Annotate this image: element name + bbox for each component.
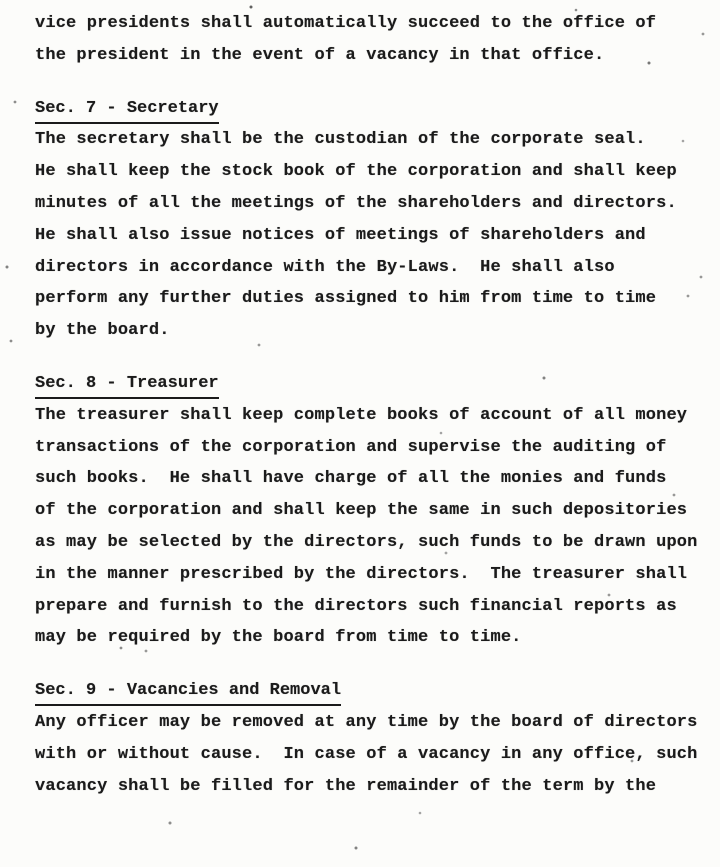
section-treasurer: Sec. 8 - Treasurer The treasurer shall k… bbox=[35, 368, 692, 654]
section-paragraph: The secretary shall be the custodian of … bbox=[35, 124, 692, 347]
text-line: in the manner prescribed by the director… bbox=[35, 559, 692, 591]
section-heading: Sec. 9 - Vacancies and Removal bbox=[35, 675, 692, 707]
section-paragraph: The treasurer shall keep complete books … bbox=[35, 400, 692, 654]
section-paragraph: Any officer may be removed at any time b… bbox=[35, 707, 692, 802]
text-line: prepare and furnish to the directors suc… bbox=[35, 591, 692, 623]
section-heading-text: Sec. 9 - Vacancies and Removal bbox=[35, 679, 341, 706]
text-line: as may be selected by the directors, suc… bbox=[35, 527, 692, 559]
section-heading-text: Sec. 8 - Treasurer bbox=[35, 372, 219, 399]
text-line: may be required by the board from time t… bbox=[35, 622, 692, 654]
text-line: vice presidents shall automatically succ… bbox=[35, 8, 692, 40]
text-line: the president in the event of a vacancy … bbox=[35, 40, 692, 72]
document-page: vice presidents shall automatically succ… bbox=[0, 0, 720, 867]
scan-speckles bbox=[0, 0, 2, 2]
text-line: He shall also issue notices of meetings … bbox=[35, 220, 692, 252]
section-heading-text: Sec. 7 - Secretary bbox=[35, 97, 219, 124]
text-line: transactions of the corporation and supe… bbox=[35, 432, 692, 464]
section-heading: Sec. 8 - Treasurer bbox=[35, 368, 692, 400]
text-line: The secretary shall be the custodian of … bbox=[35, 124, 692, 156]
section-vacancies-removal: Sec. 9 - Vacancies and Removal Any offic… bbox=[35, 675, 692, 802]
text-line: of the corporation and shall keep the sa… bbox=[35, 495, 692, 527]
text-line: perform any further duties assigned to h… bbox=[35, 283, 692, 315]
intro-paragraph: vice presidents shall automatically succ… bbox=[35, 8, 692, 72]
text-line: vacancy shall be filled for the remainde… bbox=[35, 771, 692, 803]
section-heading: Sec. 7 - Secretary bbox=[35, 93, 692, 125]
section-secretary: Sec. 7 - Secretary The secretary shall b… bbox=[35, 93, 692, 347]
text-line: minutes of all the meetings of the share… bbox=[35, 188, 692, 220]
text-line: Any officer may be removed at any time b… bbox=[35, 707, 692, 739]
text-line: The treasurer shall keep complete books … bbox=[35, 400, 692, 432]
text-line: He shall keep the stock book of the corp… bbox=[35, 156, 692, 188]
text-line: with or without cause. In case of a vaca… bbox=[35, 739, 692, 771]
text-line: by the board. bbox=[35, 315, 692, 347]
text-line: directors in accordance with the By-Laws… bbox=[35, 252, 692, 284]
text-line: such books. He shall have charge of all … bbox=[35, 463, 692, 495]
